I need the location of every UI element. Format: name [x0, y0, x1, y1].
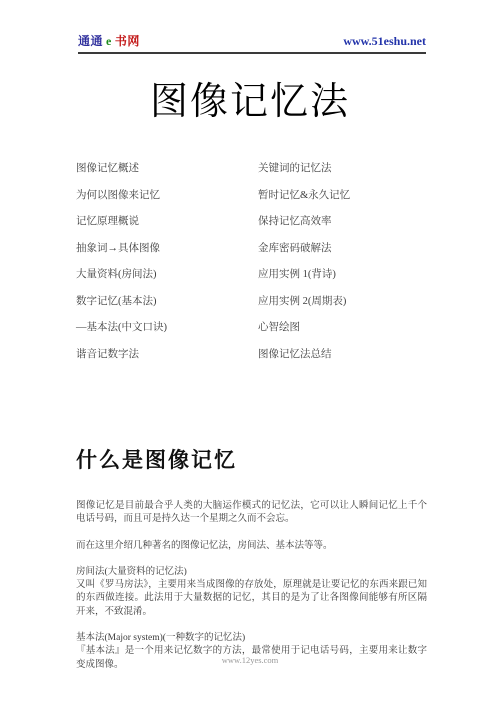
- toc-item[interactable]: 记忆原理概说: [76, 209, 258, 236]
- toc-item[interactable]: 大量资料(房间法): [76, 262, 258, 289]
- site-url-link[interactable]: www.51eshu.net: [343, 34, 426, 49]
- toc-item[interactable]: 图像记忆法总结: [258, 342, 430, 369]
- section-heading: 什么是图像记忆: [76, 444, 427, 474]
- site-brand: 通通e书网: [78, 32, 140, 49]
- subsection-heading: 房间法(大量资料的记忆法): [76, 566, 427, 579]
- toc-item[interactable]: 关键词的记忆法: [258, 156, 430, 183]
- toc-item[interactable]: 抽象词→具体图像: [76, 236, 258, 263]
- toc-item[interactable]: 暂时记忆&永久记忆: [258, 183, 430, 210]
- paragraph: 图像记忆是目前最合乎人类的大脑运作模式的记忆法，它可以让人瞬间记忆上千个电话号码…: [76, 500, 427, 527]
- toc-item[interactable]: 心智绘图: [258, 315, 430, 342]
- toc-item[interactable]: 谐音记数字法: [76, 342, 258, 369]
- subsection-heading: 基本法(Major system)(一种数字的记忆法): [76, 632, 427, 645]
- document-page: 通通e书网 www.51eshu.net 图像记忆法 图像记忆概述 为何以图像来…: [0, 0, 500, 707]
- page-header: 通通e书网 www.51eshu.net: [78, 32, 426, 54]
- toc-item[interactable]: 保持记忆高效率: [258, 209, 430, 236]
- toc-item[interactable]: 应用实例 2(周期表): [258, 289, 430, 316]
- brand-part-3: 书网: [115, 34, 140, 48]
- article-body: 什么是图像记忆 图像记忆是目前最合乎人类的大脑运作模式的记忆法，它可以让人瞬间记…: [76, 444, 427, 685]
- toc-right-column: 关键词的记忆法 暂时记忆&永久记忆 保持记忆高效率 金库密码破解法 应用实例 1…: [258, 156, 430, 368]
- toc-item[interactable]: 数字记忆(基本法): [76, 289, 258, 316]
- brand-part-2: e: [106, 34, 112, 48]
- toc-item[interactable]: 金库密码破解法: [258, 236, 430, 263]
- footer-url[interactable]: www.12yes.com: [0, 655, 500, 665]
- article-section: 房间法(大量资料的记忆法) 又叫《罗马房法》，主要用来当成图像的存放处，原理就是…: [76, 566, 427, 619]
- table-of-contents: 图像记忆概述 为何以图像来记忆 记忆原理概说 抽象词→具体图像 大量资料(房间法…: [76, 156, 430, 368]
- brand-part-1: 通通: [78, 34, 103, 48]
- toc-item[interactable]: —基本法(中文口诀): [76, 315, 258, 342]
- toc-left-column: 图像记忆概述 为何以图像来记忆 记忆原理概说 抽象词→具体图像 大量资料(房间法…: [76, 156, 258, 368]
- article-section: 基本法(Major system)(一种数字的记忆法) 『基本法』是一个用来记忆…: [76, 632, 427, 672]
- subsection-body: 又叫《罗马房法》，主要用来当成图像的存放处，原理就是让要记忆的东西来跟已知的东西…: [76, 579, 427, 619]
- toc-item[interactable]: 为何以图像来记忆: [76, 183, 258, 210]
- document-title: 图像记忆法: [0, 70, 500, 125]
- toc-item[interactable]: 图像记忆概述: [76, 156, 258, 183]
- paragraph: 而在这里介绍几种著名的图像记忆法，房间法、基本法等等。: [76, 540, 427, 553]
- toc-item[interactable]: 应用实例 1(背诗): [258, 262, 430, 289]
